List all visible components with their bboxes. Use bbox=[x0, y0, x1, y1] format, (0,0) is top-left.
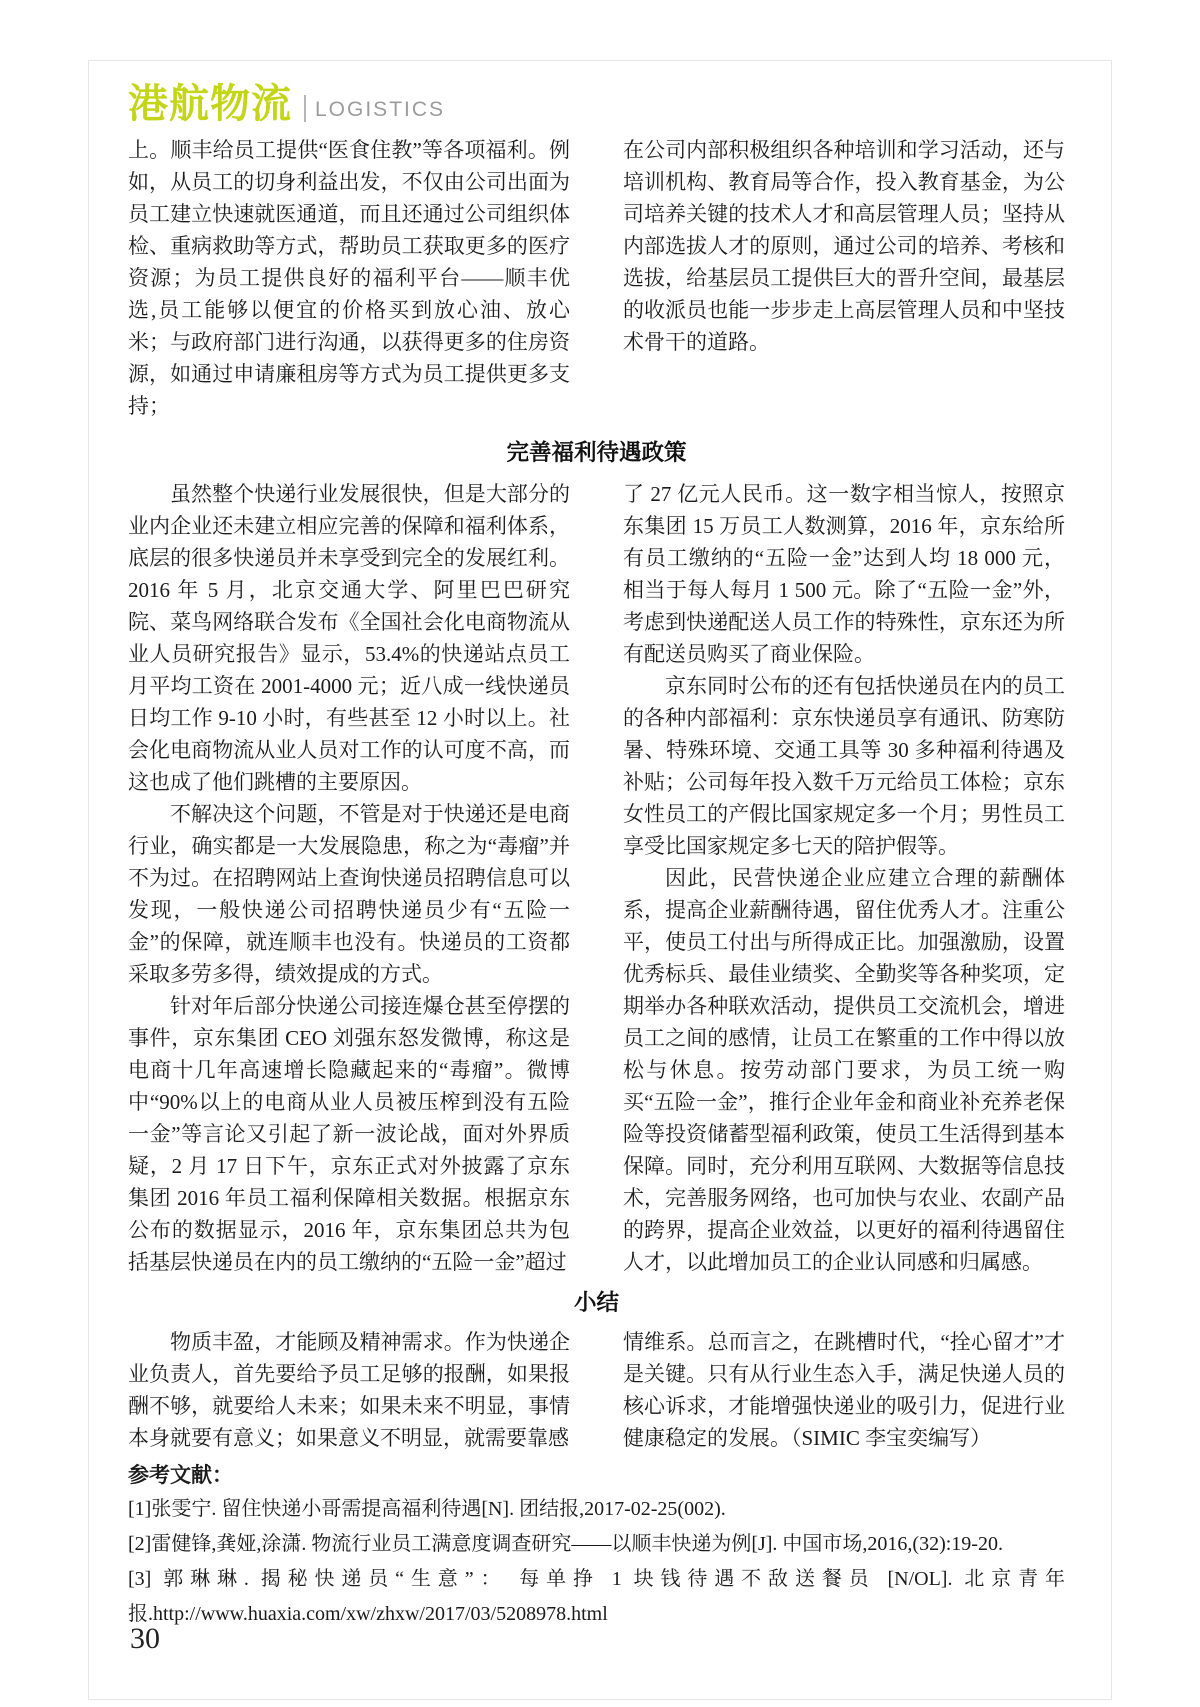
paragraph: 因此，民营快递企业应建立合理的薪酬体系，提高企业薪酬待遇，留住优秀人才。注重公平… bbox=[623, 862, 1065, 1278]
intro-right-paragraph: 在公司内部积极组织各种培训和学习活动，还与培训机构、教育局等合作，投入教育基金，… bbox=[623, 134, 1065, 422]
article-page: 港航物流 LOGISTICS 上。顺丰给员工提供“医食住教”等各项福利。例如，从… bbox=[128, 78, 1065, 1632]
welfare-left-column: 虽然整个快递行业发展很快，但是大部分的业内企业还未建立相应完善的保障和福利体系，… bbox=[128, 478, 570, 1278]
welfare-policy-section: 虽然整个快递行业发展很快，但是大部分的业内企业还未建立相应完善的保障和福利体系，… bbox=[128, 478, 1065, 1278]
page-header: 港航物流 LOGISTICS bbox=[128, 78, 1065, 126]
intro-left-paragraph: 上。顺丰给员工提供“医食住教”等各项福利。例如，从员工的切身利益出发，不仅由公司… bbox=[128, 134, 570, 422]
magazine-section-subtitle: LOGISTICS bbox=[315, 98, 445, 122]
paragraph: 针对年后部分快递公司接连爆仓甚至停摆的事件，京东集团 CEO 刘强东怒发微博，称… bbox=[128, 990, 570, 1278]
welfare-right-column: 了 27 亿元人民币。这一数字相当惊人，按照京东集团 15 万员工人数测算，20… bbox=[623, 478, 1065, 1278]
summary-right-paragraph: 情维系。总而言之，在跳槽时代，“拴心留才”才是关键。只有从行业生态入手，满足快递… bbox=[623, 1326, 1065, 1454]
header-divider bbox=[304, 95, 306, 122]
section-title-welfare-policy: 完善福利待遇政策 bbox=[128, 436, 1065, 470]
references-section: 参考文献： [1]张雯宁. 留住快递小哥需提高福利待遇[N]. 团结报,2017… bbox=[128, 1458, 1065, 1632]
summary-left-paragraph: 物质丰盈，才能顾及精神需求。作为快递企业负责人，首先要给予员工足够的报酬，如果报… bbox=[128, 1326, 570, 1454]
paragraph: 了 27 亿元人民币。这一数字相当惊人，按照京东集团 15 万员工人数测算，20… bbox=[623, 478, 1065, 670]
reference-item: [1]张雯宁. 留住快递小哥需提高福利待遇[N]. 团结报,2017-02-25… bbox=[128, 1492, 1065, 1527]
magazine-section-title: 港航物流 bbox=[128, 82, 292, 126]
section-title-summary: 小结 bbox=[128, 1286, 1065, 1320]
references-heading: 参考文献： bbox=[128, 1458, 1065, 1492]
reference-item: [3] 郭琳琳. 揭秘快递员“生意”： 每单挣 1 块钱待遇不敌送餐员 [N/O… bbox=[128, 1562, 1065, 1632]
intro-section: 上。顺丰给员工提供“医食住教”等各项福利。例如，从员工的切身利益出发，不仅由公司… bbox=[128, 134, 1065, 422]
summary-section: 物质丰盈，才能顾及精神需求。作为快递企业负责人，首先要给予员工足够的报酬，如果报… bbox=[128, 1326, 1065, 1454]
paragraph: 虽然整个快递行业发展很快，但是大部分的业内企业还未建立相应完善的保障和福利体系，… bbox=[128, 478, 570, 798]
reference-item: [2]雷健锋,龚娅,涂潇. 物流行业员工满意度调查研究——以顺丰快递为例[J].… bbox=[128, 1527, 1065, 1562]
paragraph: 不解决这个问题，不管是对于快递还是电商行业，确实都是一大发展隐患，称之为“毒瘤”… bbox=[128, 798, 570, 990]
paragraph: 京东同时公布的还有包括快递员在内的员工的各种内部福利：京东快递员享有通讯、防寒防… bbox=[623, 670, 1065, 862]
page-number: 30 bbox=[130, 1622, 160, 1656]
